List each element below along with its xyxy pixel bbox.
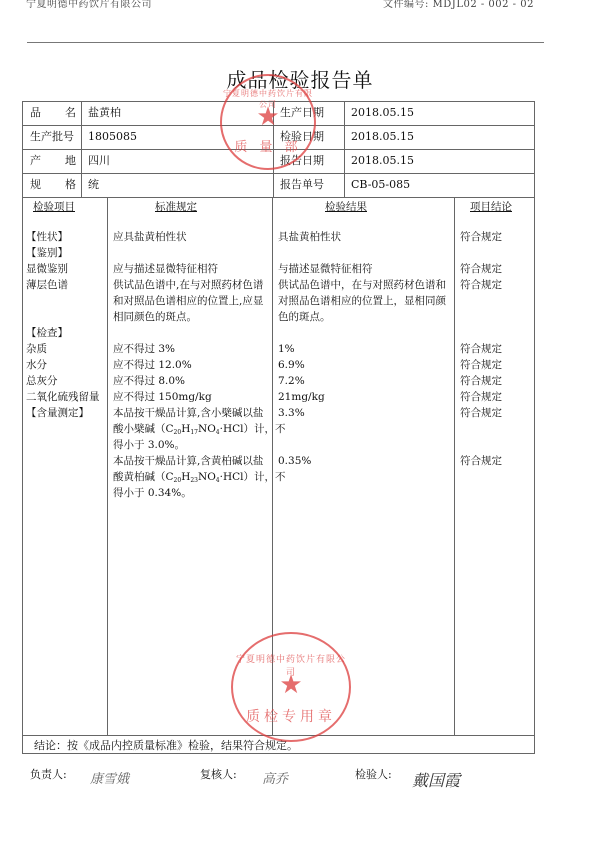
star-icon: ★ <box>256 102 279 132</box>
value-origin: 四川 <box>88 149 110 173</box>
label-batch-no: 生产批号 <box>30 125 74 149</box>
star-icon: ★ <box>279 670 302 700</box>
signature-label-reviewer: 复核人: <box>200 766 237 782</box>
header-divider <box>27 42 544 43</box>
signature-label-inspector: 检验人: <box>355 766 392 782</box>
value-report-no: CB-05-085 <box>351 173 410 197</box>
value-product-name: 盐黄柏 <box>88 101 121 125</box>
col-header-conclusion: 项目结论 <box>470 199 512 214</box>
label-spec: 规格 <box>30 173 76 197</box>
label-report-no: 报告单号 <box>280 173 324 197</box>
overall-conclusion: 结论：按《成品内控质量标准》检验，结果符合规定。 <box>34 737 298 753</box>
signature-inspector: 戴国霞 <box>412 768 460 791</box>
qc-seal-stamp: 宁夏明德中药饮片有限公司 ★ 质检专用章 <box>231 632 351 742</box>
signature-label-responsible: 负责人: <box>30 766 67 782</box>
value-inspection-date: 2018.05.15 <box>351 125 414 149</box>
divider <box>107 197 108 735</box>
quality-dept-stamp: 宁夏明德中药饮片有限公司 ★ 质 量 部 <box>220 74 316 170</box>
col-header-result: 检验结果 <box>325 199 367 214</box>
divider <box>22 197 535 198</box>
value-production-date: 2018.05.15 <box>351 101 414 125</box>
col-header-standard: 标准规定 <box>155 199 197 214</box>
signature-reviewer: 高乔 <box>262 768 288 787</box>
signature-responsible: 康雪娥 <box>90 768 129 787</box>
label-origin: 产地 <box>30 149 76 173</box>
label-product-name: 品名 <box>30 101 76 125</box>
col-header-item: 检验项目 <box>33 199 75 214</box>
divider <box>81 101 82 197</box>
value-batch-no: 1805085 <box>88 125 137 149</box>
divider <box>454 197 455 735</box>
value-report-date: 2018.05.15 <box>351 149 414 173</box>
file-number: 文件编号: MDJL02 - 002 - 02 <box>383 0 534 10</box>
company-header: 宁夏明德中药饮片有限公司 <box>26 0 152 10</box>
value-spec: 统 <box>88 173 99 197</box>
divider <box>344 101 345 197</box>
